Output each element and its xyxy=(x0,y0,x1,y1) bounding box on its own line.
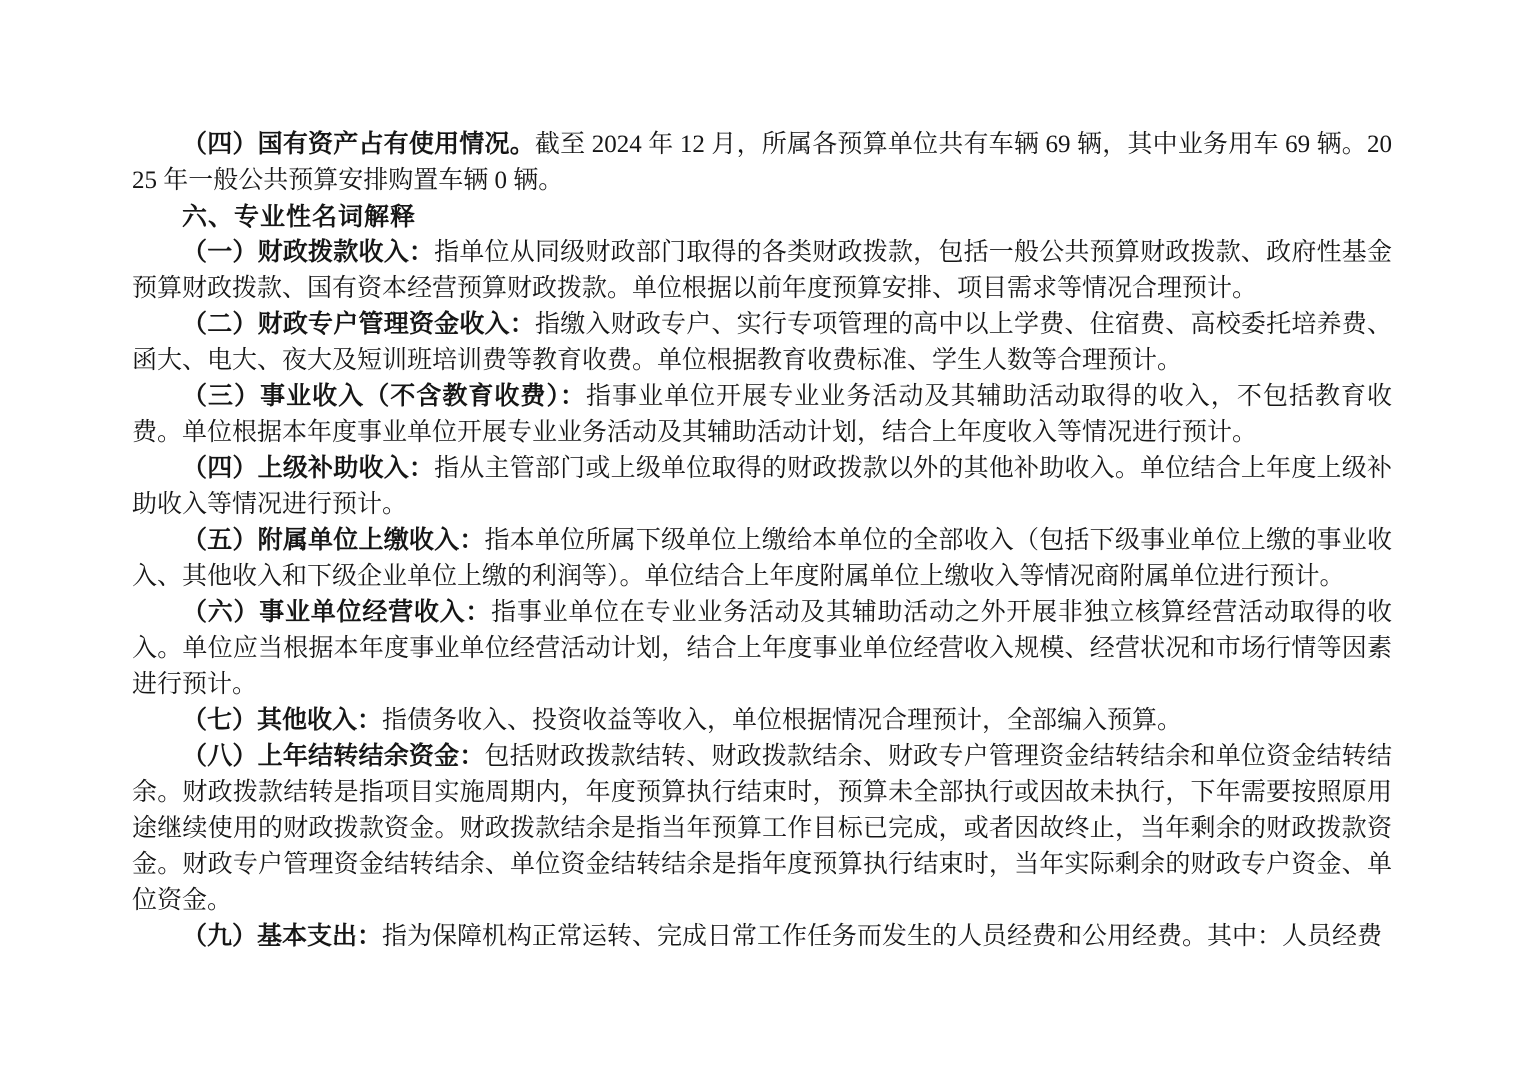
definition-lead-4: （四）上级补助收入： xyxy=(182,455,434,482)
definition-paragraph-9: （九）基本支出：指为保障机构正常运转、完成日常工作任务而发生的人员经费和公用经费… xyxy=(132,919,1392,955)
definition-lead-5: （五）附属单位上缴收入： xyxy=(182,527,485,554)
definition-lead-7: （七）其他收入： xyxy=(182,707,382,734)
definition-paragraph-2: （二）财政专户管理资金收入：指缴入财政专户、实行专项管理的高中以上学费、住宿费、… xyxy=(132,307,1392,379)
definition-lead-9: （九）基本支出： xyxy=(182,923,382,950)
definition-paragraph-5: （五）附属单位上缴收入：指本单位所属下级单位上缴给本单位的全部收入（包括下级事业… xyxy=(132,523,1392,595)
definition-lead-2: （二）财政专户管理资金收入： xyxy=(182,311,535,338)
definition-lead-3: （三）事业收入（不含教育收费）： xyxy=(182,383,586,410)
definition-paragraph-6: （六）事业单位经营收入：指事业单位在专业业务活动及其辅助活动之外开展非独立核算经… xyxy=(132,595,1392,703)
definition-paragraph-1: （一）财政拨款收入：指单位从同级财政部门取得的各类财政拨款，包括一般公共预算财政… xyxy=(132,235,1392,307)
definition-paragraph-8: （八）上年结转结余资金：包括财政拨款结转、财政拨款结余、财政专户管理资金结转结余… xyxy=(132,739,1392,919)
definition-paragraph-3: （三）事业收入（不含教育收费）：指事业单位开展专业业务活动及其辅助活动取得的收入… xyxy=(132,379,1392,451)
paragraph-asset-usage: （四）国有资产占有使用情况。截至 2024 年 12 月，所属各预算单位共有车辆… xyxy=(132,127,1392,199)
definition-body-7: 指债务收入、投资收益等收入，单位根据情况合理预计，全部编入预算。 xyxy=(382,707,1182,734)
section-heading-terms: 六、专业性名词解释 xyxy=(132,199,1392,235)
definition-paragraph-7: （七）其他收入：指债务收入、投资收益等收入，单位根据情况合理预计，全部编入预算。 xyxy=(132,703,1392,739)
definition-body-9: 指为保障机构正常运转、完成日常工作任务而发生的人员经费和公用经费。其中：人员经费 xyxy=(382,923,1382,950)
definition-lead-8: （八）上年结转结余资金： xyxy=(182,743,485,770)
definition-lead-6: （六）事业单位经营收入： xyxy=(182,599,491,626)
paragraph-asset-usage-lead: （四）国有资产占有使用情况。 xyxy=(182,131,535,158)
definition-paragraph-4: （四）上级补助收入：指从主管部门或上级单位取得的财政拨款以外的其他补助收入。单位… xyxy=(132,451,1392,523)
definition-lead-1: （一）财政拨款收入： xyxy=(182,239,434,266)
document-page: （四）国有资产占有使用情况。截至 2024 年 12 月，所属各预算单位共有车辆… xyxy=(0,0,1520,1074)
